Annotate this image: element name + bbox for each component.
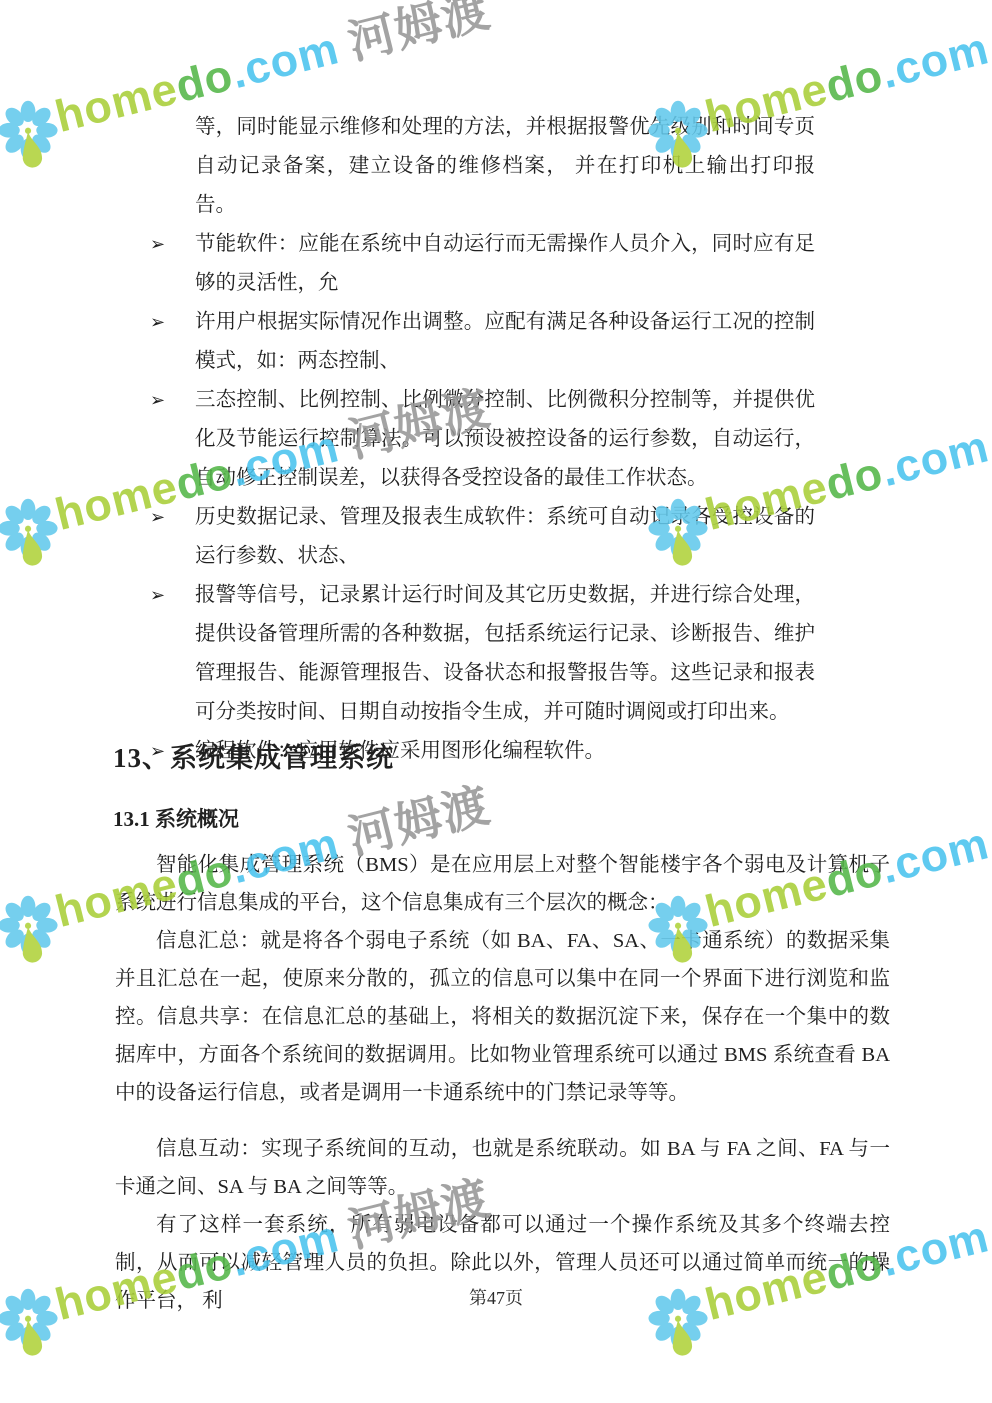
watermark-dotcom: .com — [226, 22, 344, 98]
list-item-text: 报警等信号，记录累计运行时间及其它历史数据，并进行综合处理，提供设备管理所需的各… — [195, 584, 815, 723]
list-item-text: 历史数据记录、管理及报表生成软件：系统可自动记录各受控设备的运行参数、状态、 — [195, 506, 815, 567]
list-continuation-line: 等，同时能显示维修和处理的方法，并根据报警优先级别和时间专页自动记录备案，建立设… — [195, 116, 815, 216]
homedo-flower-icon — [0, 495, 60, 579]
spec-list: 等，同时能显示维修和处理的方法，并根据报警优先级别和时间专页自动记录备案，建立设… — [115, 108, 815, 771]
document-page: 等，同时能显示维修和处理的方法，并根据报警优先级别和时间专页自动记录备案，建立设… — [0, 0, 992, 1403]
watermark-dotcom: .com — [876, 1210, 992, 1286]
page-number: 第47页 — [0, 1284, 992, 1310]
list-item: ➢ 节能软件：应能在系统中自动运行而无需操作人员介入，同时应有足够的灵活性，允 — [115, 225, 815, 303]
list-item: ➢ 历史数据记录、管理及报表生成软件：系统可自动记录各受控设备的运行参数、状态、 — [115, 498, 815, 576]
body-text: 智能化集成管理系统（BMS）是在应用层上对整个智能楼宇各个弱电及计算机子系统进行… — [115, 846, 890, 1320]
watermark-dotcom: .com — [876, 420, 992, 496]
watermark-do: do — [820, 447, 888, 510]
list-item: ➢ 许用户根据实际情况作出调整。应配有满足各种设备运行工况的控制模式，如：两态控… — [115, 303, 815, 381]
list-continuation-text: 等，同时能显示维修和处理的方法，并根据报警优先级别和时间专页自动记录备案，建立设… — [115, 108, 815, 225]
list-item-text: 三态控制、比例控制、比例微分控制、比例微积分控制等，并提供优化及节能运行控制算法… — [195, 389, 815, 489]
arrow-bullet-icon: ➢ — [150, 303, 180, 342]
section-heading: 13、系统集成管理系统 — [113, 736, 913, 775]
watermark-cjk: 河姆渡 — [343, 0, 496, 71]
arrow-bullet-icon: ➢ — [150, 225, 180, 264]
list-item: ➢ 三态控制、比例控制、比例微分控制、比例微积分控制等，并提供优化及节能运行控制… — [115, 381, 815, 498]
arrow-bullet-icon: ➢ — [150, 498, 180, 537]
homedo-flower-icon — [0, 892, 60, 976]
subsection-heading: 13.1 系统概况 — [113, 803, 913, 833]
paragraph: 信息互动：实现子系统间的互动，也就是系统联动。如 BA 与 FA 之间、FA 与… — [115, 1130, 890, 1206]
watermark-dotcom: .com — [876, 22, 992, 98]
list-item: ➢ 报警等信号，记录累计运行时间及其它历史数据，并进行综合处理，提供设备管理所需… — [115, 576, 815, 732]
homedo-flower-icon — [0, 97, 60, 181]
paragraph: 智能化集成管理系统（BMS）是在应用层上对整个智能楼宇各个弱电及计算机子系统进行… — [115, 846, 890, 922]
arrow-bullet-icon: ➢ — [150, 381, 180, 420]
watermark-do: do — [820, 49, 888, 112]
arrow-bullet-icon: ➢ — [150, 576, 180, 615]
watermark-do: do — [170, 49, 238, 112]
paragraph: 信息汇总：就是将各个弱电子系统（如 BA、FA、SA、一卡通系统）的数据采集并且… — [115, 922, 890, 1112]
list-item-text: 许用户根据实际情况作出调整。应配有满足各种设备运行工况的控制模式，如：两态控制、 — [195, 311, 815, 372]
list-item-text: 节能软件：应能在系统中自动运行而无需操作人员介入，同时应有足够的灵活性，允 — [195, 233, 815, 294]
